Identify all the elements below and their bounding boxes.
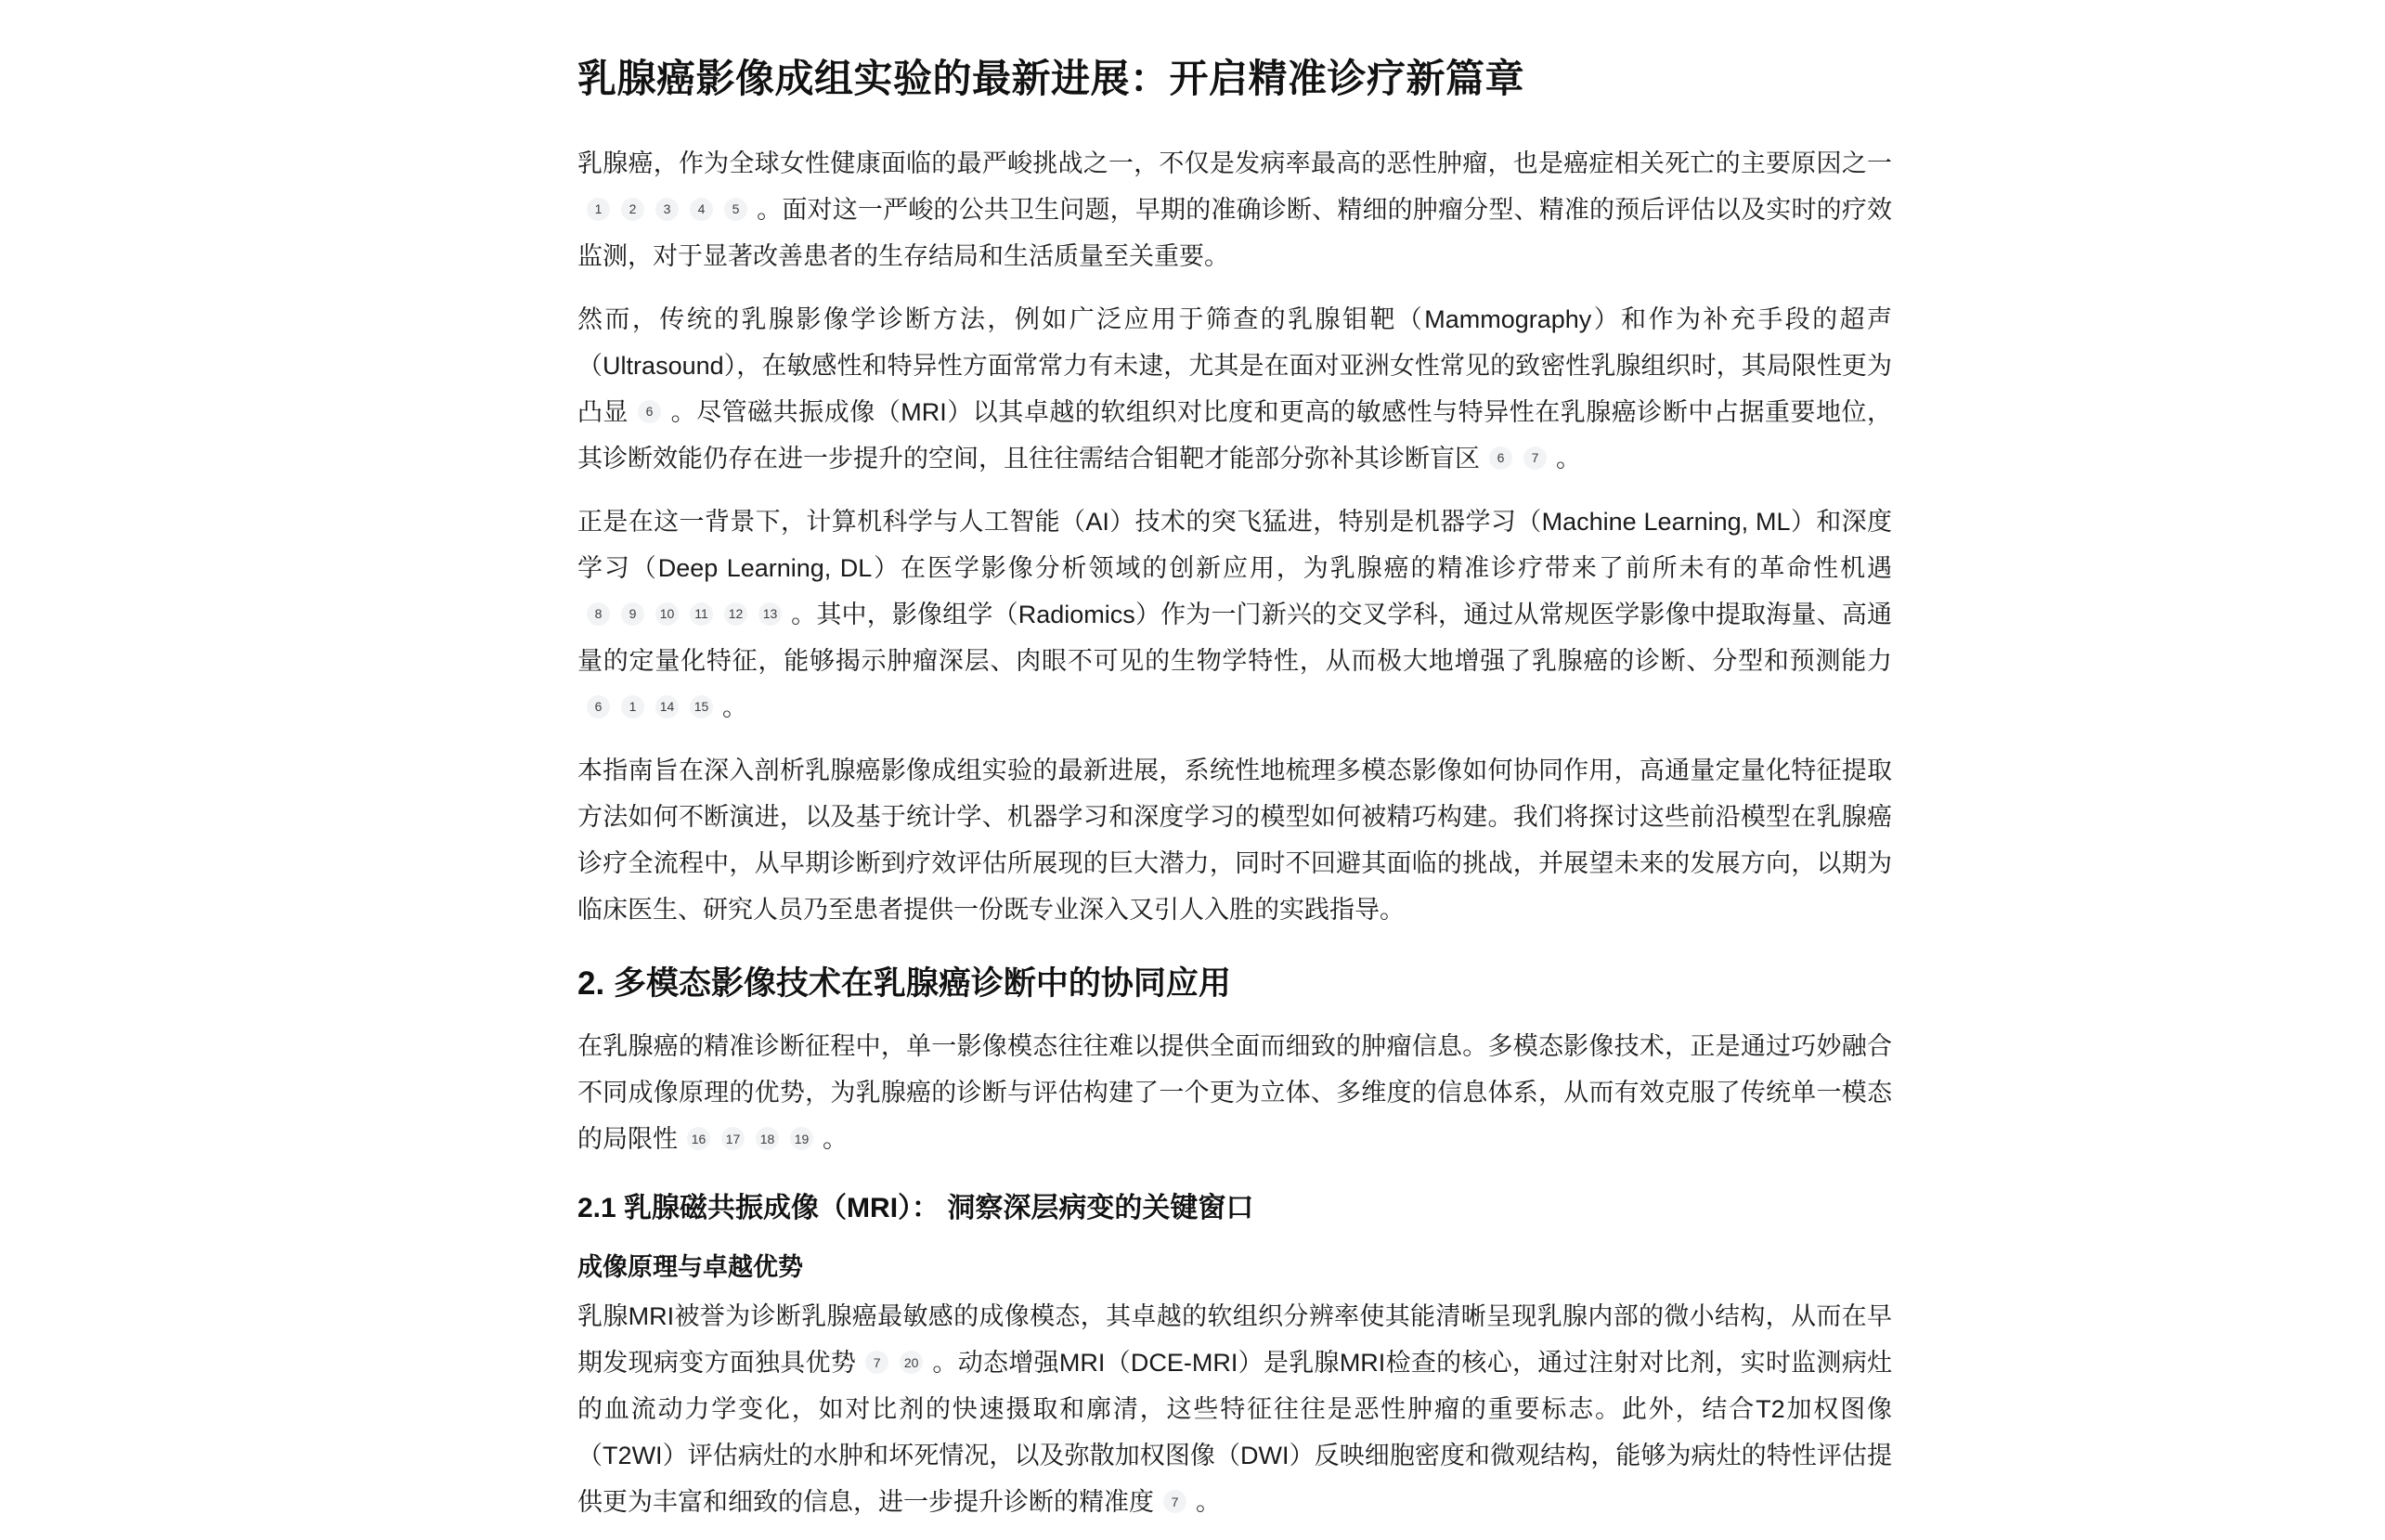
- paragraph: 本指南旨在深入剖析乳腺癌影像成组实验的最新进展，系统性地梳理多模态影像如何协同作…: [577, 747, 1892, 933]
- document-content: 乳腺癌影像成组实验的最新进展：开启精准诊疗新篇章 乳腺癌，作为全球女性健康面临的…: [577, 54, 1892, 1540]
- citation-badge[interactable]: 1: [587, 198, 610, 221]
- citation-badge[interactable]: 6: [1489, 446, 1512, 470]
- citation-group: 720: [865, 1351, 923, 1374]
- text-run: 乳腺癌，作为全球女性健康面临的最严峻挑战之一，不仅是发病率最高的恶性肿瘤，也是癌…: [577, 149, 1892, 177]
- citation-badge[interactable]: 18: [756, 1127, 779, 1150]
- paragraph: 正是在这一背景下，计算机科学与人工智能（AI）技术的突飞猛进，特别是机器学习（M…: [577, 498, 1892, 731]
- citation-group: 611415: [587, 695, 713, 718]
- citation-group: 8910111213: [587, 602, 782, 626]
- citation-badge[interactable]: 11: [690, 602, 713, 626]
- section-heading-2: 2. 多模态影像技术在乳腺癌诊断中的协同应用: [577, 963, 1892, 1005]
- citation-badge[interactable]: 3: [655, 198, 679, 221]
- citation-badge[interactable]: 14: [655, 695, 679, 718]
- text-run: 本指南旨在深入剖析乳腺癌影像成组实验的最新进展，系统性地梳理多模态影像如何协同作…: [577, 757, 1892, 924]
- article-body: 乳腺癌，作为全球女性健康面临的最严峻挑战之一，不仅是发病率最高的恶性肿瘤，也是癌…: [577, 140, 1892, 1525]
- text-run: 。面对这一严峻的公共卫生问题，早期的准确诊断、精细的肿瘤分型、精准的预后评估以及…: [577, 196, 1892, 270]
- citation-badge[interactable]: 1: [621, 695, 644, 718]
- citation-badge[interactable]: 17: [721, 1127, 745, 1150]
- document-page: { "page": { "background_color": "#ffffff…: [0, 0, 2385, 1540]
- citation-group: 12345: [587, 198, 747, 221]
- citation-badge[interactable]: 4: [690, 198, 713, 221]
- citation-badge[interactable]: 8: [587, 602, 610, 626]
- citation-badge[interactable]: 13: [758, 602, 782, 626]
- text-run: 。: [1556, 445, 1581, 472]
- citation-group: 67: [1489, 446, 1547, 470]
- paragraph: 在乳腺癌的精准诊断征程中，单一影像模态往往难以提供全面而细致的肿瘤信息。多模态影…: [577, 1023, 1892, 1162]
- text-run: 。: [1196, 1488, 1221, 1516]
- paragraph: 乳腺癌，作为全球女性健康面临的最严峻挑战之一，不仅是发病率最高的恶性肿瘤，也是癌…: [577, 140, 1892, 279]
- subsection-heading-2-1: 2.1 乳腺磁共振成像（MRI）： 洞察深层病变的关键窗口: [577, 1190, 1892, 1226]
- citation-badge[interactable]: 2: [621, 198, 644, 221]
- citation-group: 16171819: [687, 1127, 813, 1150]
- subsubsection-heading-imaging-principle: 成像原理与卓越优势: [577, 1250, 1892, 1286]
- citation-badge[interactable]: 16: [687, 1127, 710, 1150]
- citation-group: 6: [638, 400, 661, 423]
- citation-badge[interactable]: 6: [587, 695, 610, 718]
- citation-group: 7: [1163, 1490, 1186, 1513]
- citation-badge[interactable]: 7: [1523, 446, 1547, 470]
- page-title: 乳腺癌影像成组实验的最新进展：开启精准诊疗新篇章: [577, 54, 1892, 105]
- citation-badge[interactable]: 6: [638, 400, 661, 423]
- text-run: 。尽管磁共振成像（MRI）以其卓越的软组织对比度和更高的敏感性与特异性在乳腺癌诊…: [577, 398, 1892, 472]
- citation-badge[interactable]: 20: [900, 1351, 923, 1374]
- text-run: 。: [823, 1125, 848, 1153]
- citation-badge[interactable]: 7: [865, 1351, 888, 1374]
- text-run: 正是在这一背景下，计算机科学与人工智能（AI）技术的突飞猛进，特别是机器学习（M…: [577, 508, 1892, 582]
- paragraph: 然而，传统的乳腺影像学诊断方法，例如广泛应用于筛查的乳腺钼靶（Mammograp…: [577, 296, 1892, 482]
- citation-badge[interactable]: 15: [690, 695, 713, 718]
- citation-badge[interactable]: 7: [1163, 1490, 1186, 1513]
- paragraph: 乳腺MRI被誉为诊断乳腺癌最敏感的成像模态，其卓越的软组织分辨率使其能清晰呈现乳…: [577, 1293, 1892, 1525]
- citation-badge[interactable]: 19: [790, 1127, 813, 1150]
- citation-badge[interactable]: 10: [655, 602, 679, 626]
- citation-badge[interactable]: 9: [621, 602, 644, 626]
- citation-badge[interactable]: 5: [724, 198, 747, 221]
- text-run: 。: [722, 693, 747, 721]
- citation-badge[interactable]: 12: [724, 602, 747, 626]
